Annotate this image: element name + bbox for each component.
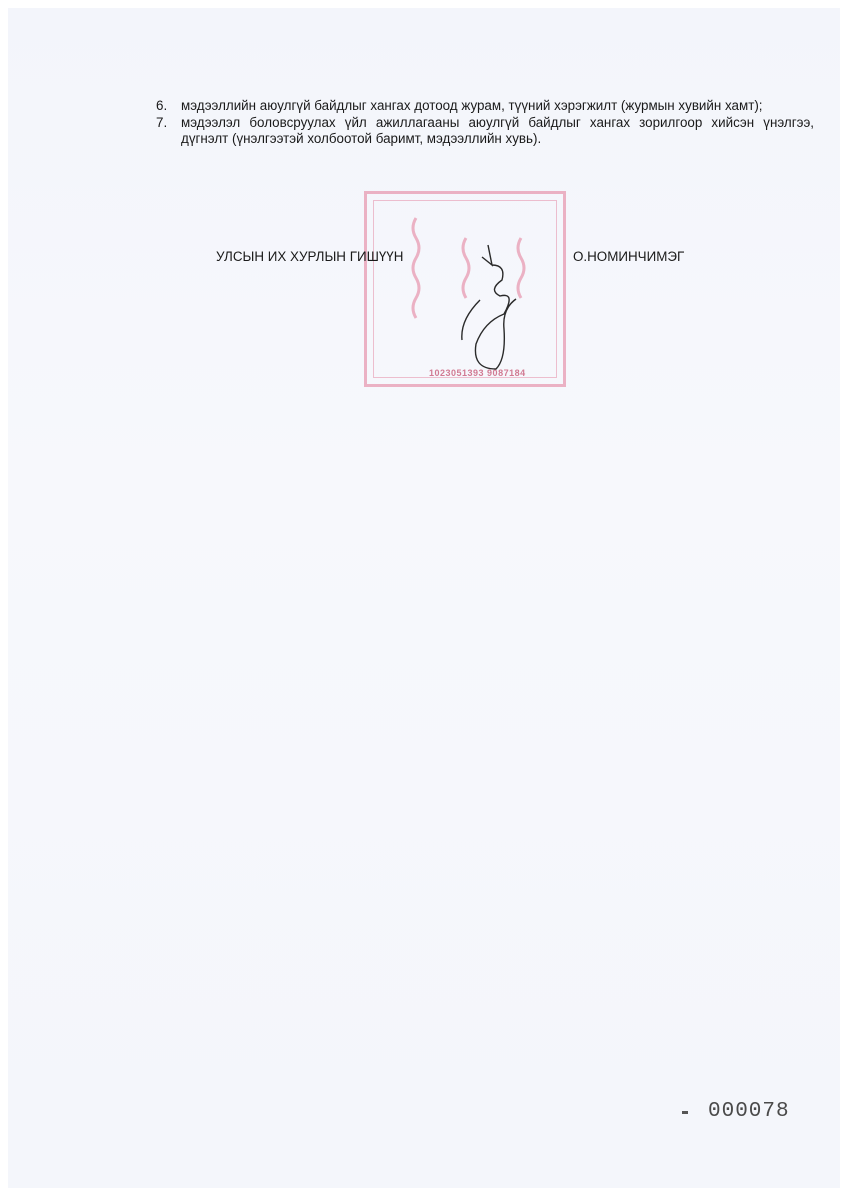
handwritten-signature-icon: [440, 240, 550, 375]
page-mark: [682, 1111, 688, 1114]
page-number: 000078: [708, 1100, 790, 1123]
list-text: мэдээлэл боловсруулах үйл ажиллагааны аю…: [181, 115, 814, 148]
document-page: 6. мэдээллийн аюулгүй байдлыг хангах дот…: [8, 8, 840, 1188]
signatory-title: УЛСЫН ИХ ХУРЛЫН ГИШҮҮН: [216, 249, 403, 264]
list-number: 6.: [156, 98, 181, 115]
list-text: мэдээллийн аюулгүй байдлыг хангах дотоод…: [181, 98, 814, 115]
signatory-name: О.НОМИНЧИМЭГ: [573, 249, 684, 264]
requirements-list: 6. мэдээллийн аюулгүй байдлыг хангах дот…: [156, 98, 814, 148]
list-item: 7. мэдээлэл боловсруулах үйл ажиллагааны…: [156, 115, 814, 148]
list-item: 6. мэдээллийн аюулгүй байдлыг хангах дот…: [156, 98, 814, 115]
list-number: 7.: [156, 115, 181, 148]
